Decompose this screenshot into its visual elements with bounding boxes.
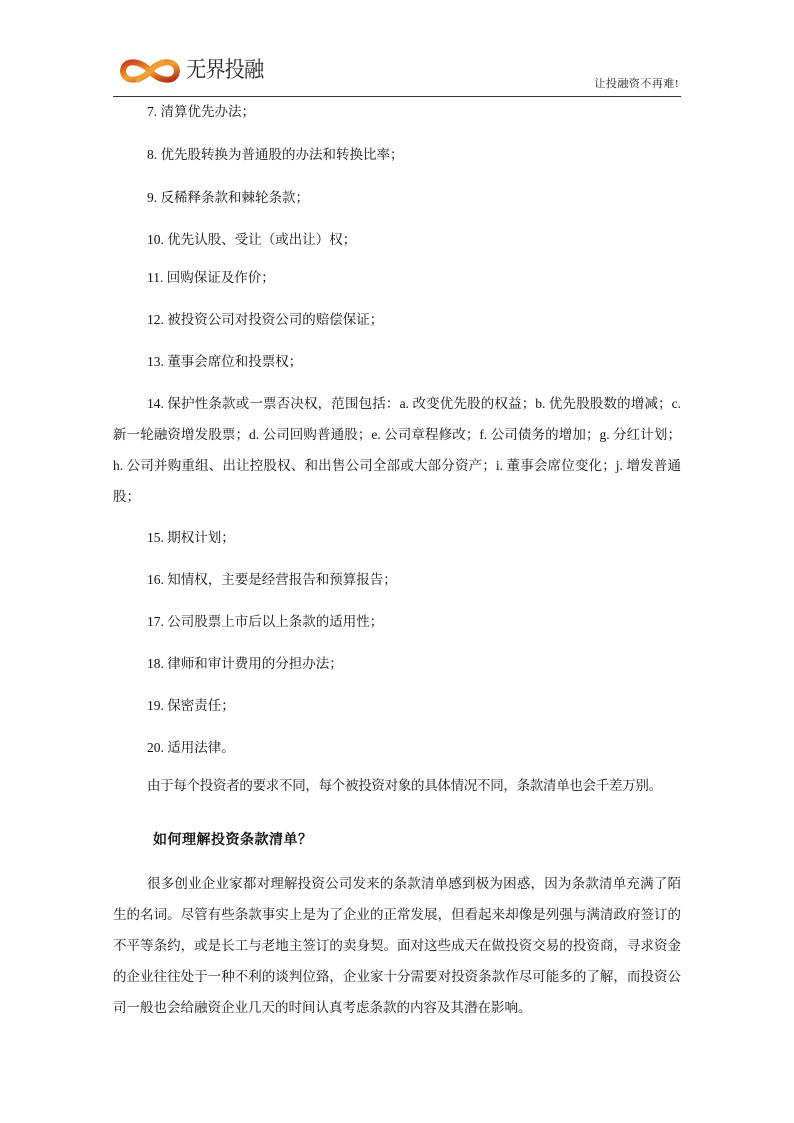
section-paragraph: 很多创业企业家都对理解投资公司发来的条款清单感到极为困惑，因为条款清单充满了陌生… bbox=[113, 868, 681, 1023]
infinity-logo-icon bbox=[118, 56, 182, 86]
list-item-14-paragraph: 14. 保护性条款或一票否决权，范围包括：a. 改变优先股的权益；b. 优先股股… bbox=[113, 388, 681, 512]
list-item: 11. 回购保证及作价； bbox=[147, 269, 275, 287]
list-item: 18. 律师和审计费用的分担办法； bbox=[147, 655, 343, 673]
list-item: 12. 被投资公司对投资公司的赔偿保证； bbox=[147, 311, 383, 329]
list-item: 7. 清算优先办法； bbox=[147, 103, 255, 121]
list-item: 15. 期权计划； bbox=[147, 529, 235, 547]
list-item: 19. 保密责任； bbox=[147, 697, 235, 715]
list-item: 13. 董事会席位和投票权； bbox=[147, 353, 302, 371]
slogan: 让投融资不再难! bbox=[594, 75, 679, 91]
list-item: 10. 优先认股、受让（或出让）权； bbox=[147, 231, 356, 249]
logo: 无界投融 bbox=[118, 56, 270, 86]
summary-text: 由于每个投资者的要求不同，每个被投资对象的具体情况不同，条款清单也会千差万别。 bbox=[147, 777, 662, 795]
list-item: 20. 适用法律。 bbox=[147, 739, 235, 757]
list-item: 16. 知情权，主要是经营报告和预算报告； bbox=[147, 571, 397, 589]
list-item: 9. 反稀释条款和棘轮条款； bbox=[147, 189, 309, 207]
page-header: 无界投融 让投融资不再难! bbox=[113, 50, 681, 97]
section-heading: 如何理解投资条款清单？ bbox=[153, 831, 313, 851]
logo-text: 无界投融 bbox=[186, 57, 263, 85]
list-item: 8. 优先股转换为普通股的办法和转换比率； bbox=[147, 146, 404, 164]
list-item: 17. 公司股票上市后以上条款的适用性； bbox=[147, 613, 383, 631]
